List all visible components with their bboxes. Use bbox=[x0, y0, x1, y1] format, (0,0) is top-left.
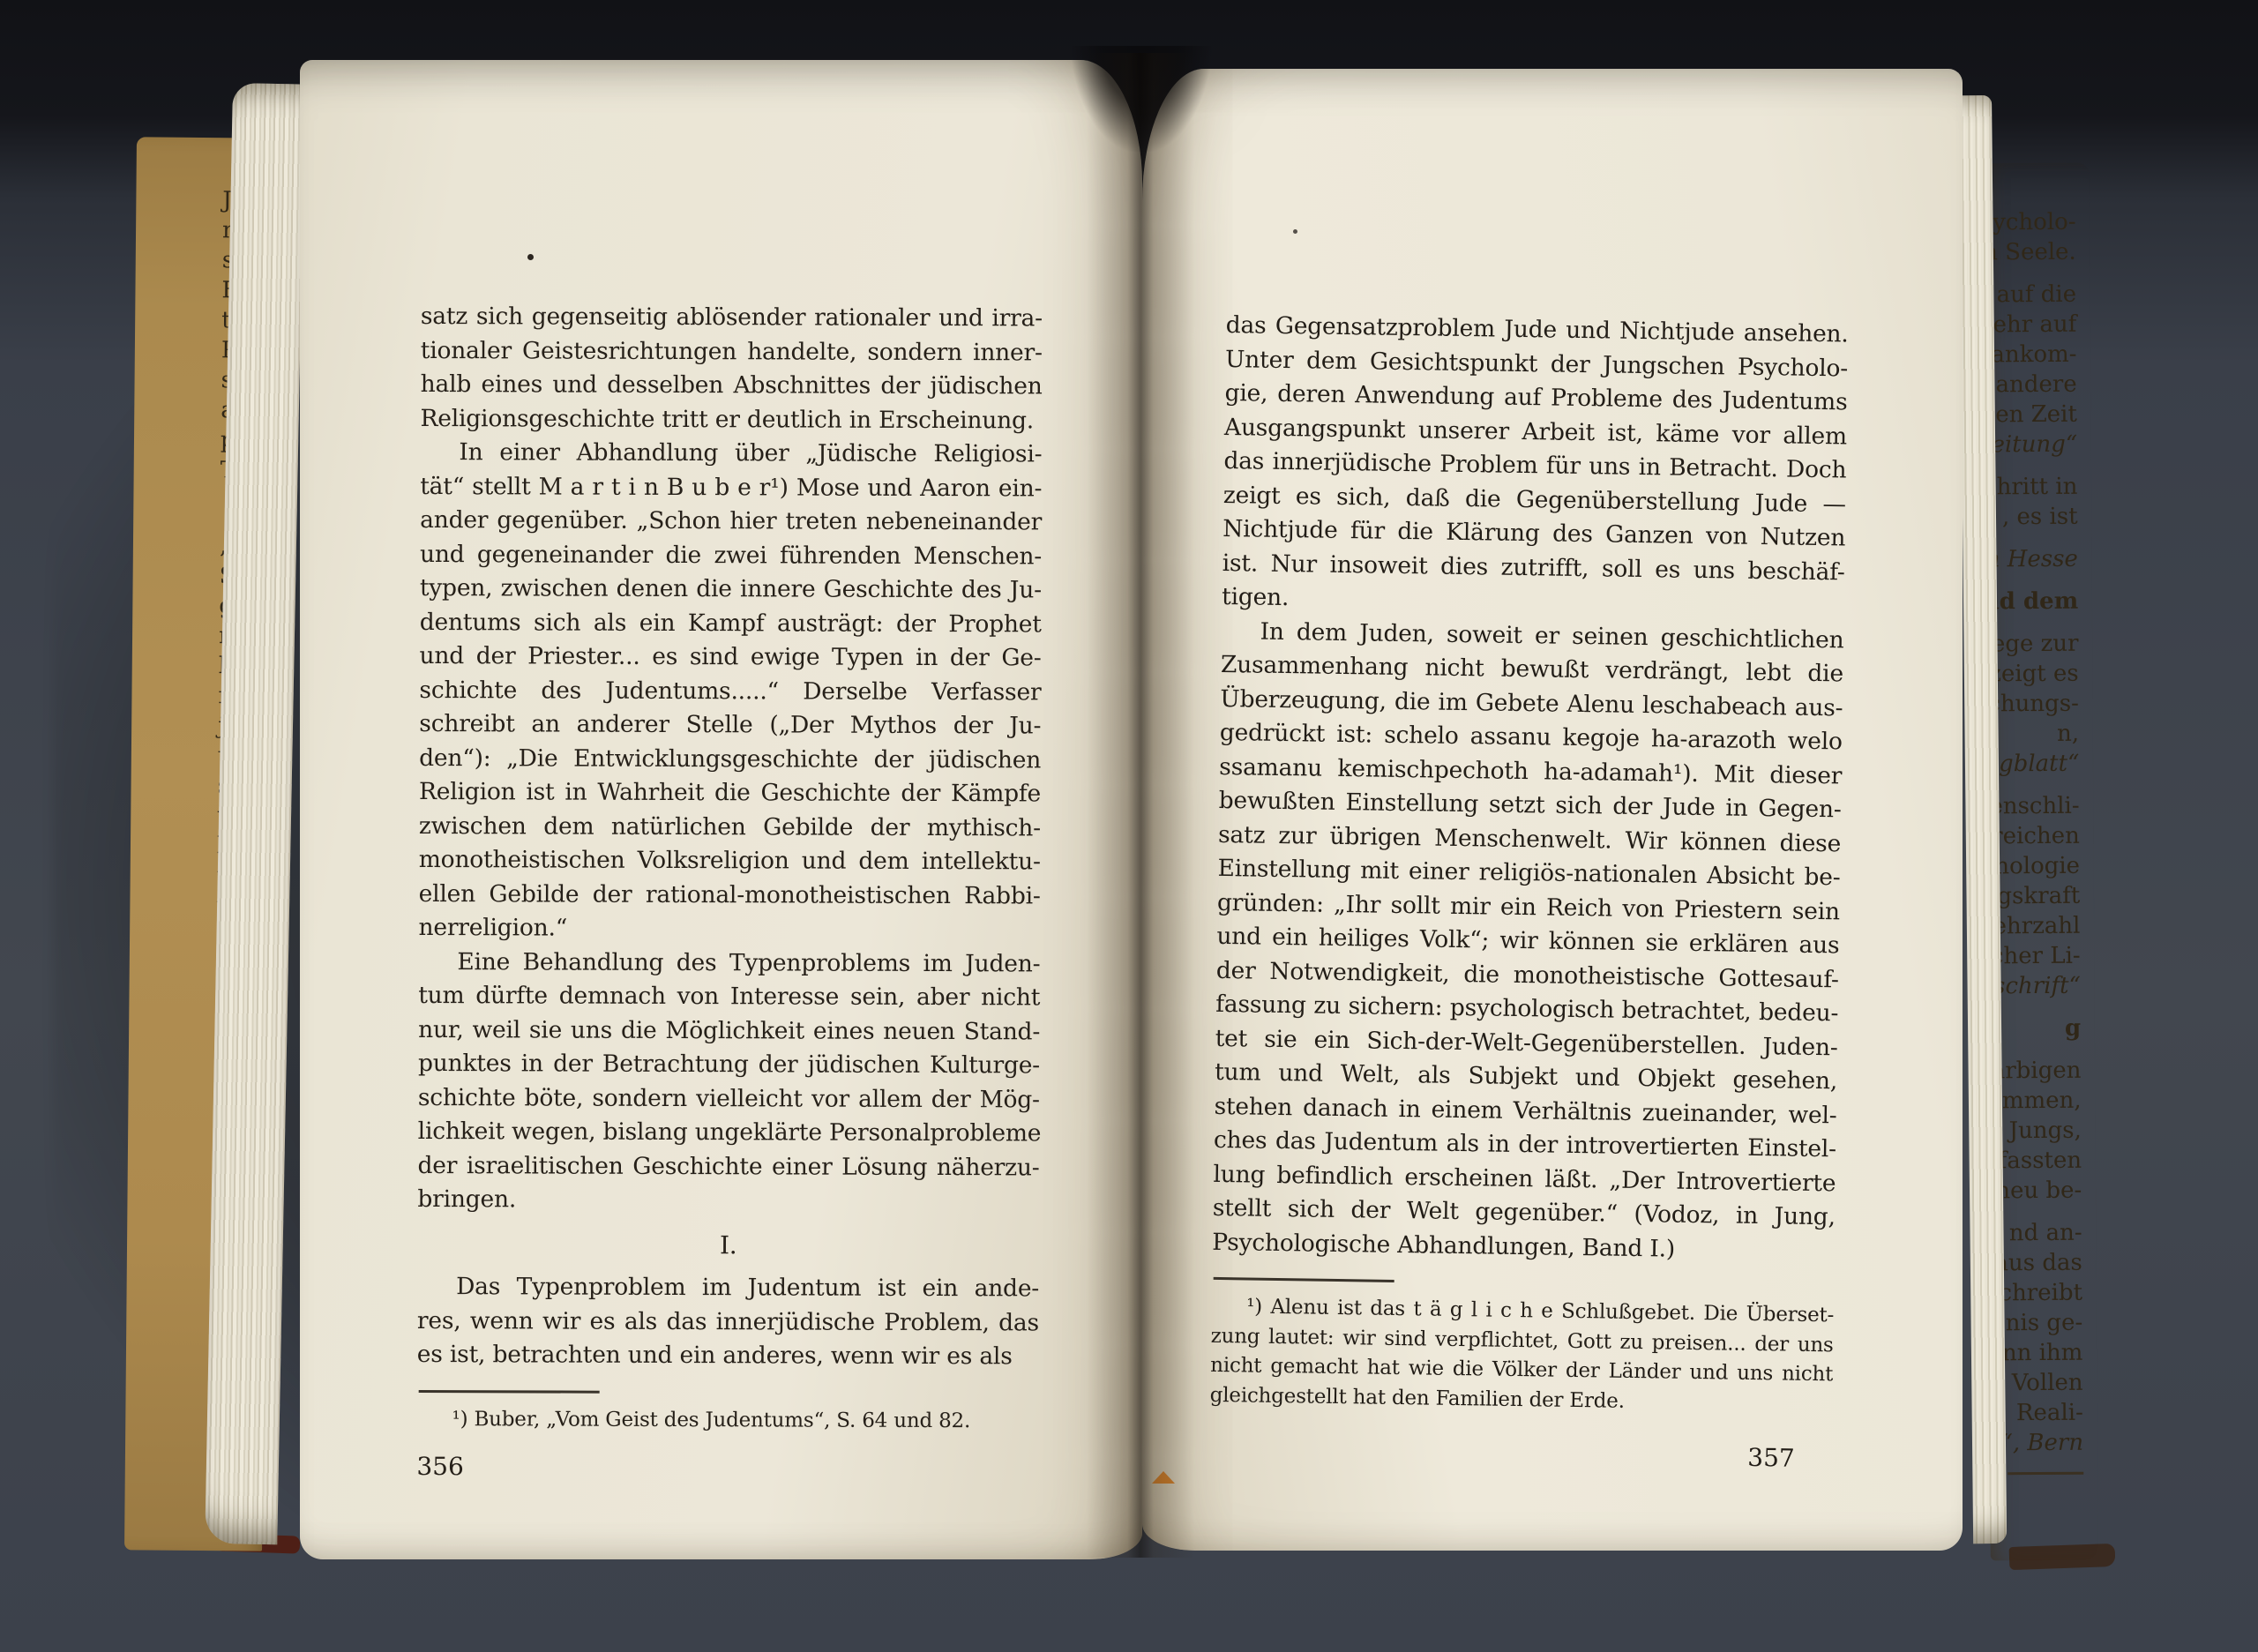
jacket-text-fragment: nis ge- bbox=[2006, 1310, 2083, 1337]
text-line: und gegeneinander die zwei führenden Men… bbox=[420, 537, 1042, 573]
text-line: zwischen dem natürlichen Gebilde der myt… bbox=[419, 809, 1041, 845]
jacket-text-fragment: aus das bbox=[1994, 1250, 2082, 1277]
right-page-text: das Gegensatzproblem Jude und Nichtjude … bbox=[1209, 309, 1849, 1473]
jacket-text-fragment: ehrzahl bbox=[1993, 913, 2081, 940]
text-line: es ist, betrachten und ein anderes, wenn… bbox=[417, 1338, 1039, 1374]
text-line: typen, zwischen denen die innere Geschic… bbox=[420, 572, 1042, 608]
text-line: und der Priester... es sind ewige Typen … bbox=[420, 639, 1042, 676]
jacket-text-fragment: nd an- bbox=[2009, 1220, 2082, 1247]
jacket-rule bbox=[2008, 1472, 2083, 1476]
jacket-text-fragment: n Seele. bbox=[1983, 239, 2076, 266]
jacket-text-fragment: eitung“ bbox=[1991, 431, 2077, 459]
text-line: nerreligion.“ bbox=[418, 911, 1040, 947]
text-line: Religionsgeschichte tritt er deutlich in… bbox=[420, 401, 1042, 437]
jacket-text-fragment: cher Li- bbox=[1991, 943, 2081, 970]
jacket-text-fragment: ammen, bbox=[1988, 1088, 2081, 1115]
footnote-rule bbox=[1214, 1277, 1394, 1282]
jacket-text-fragment: Jungs, bbox=[2009, 1118, 2082, 1145]
text-line: halb eines und desselben Abschnittes der… bbox=[421, 368, 1043, 404]
text-line: bringen. bbox=[417, 1183, 1039, 1219]
text-line: schichte böte, sondern vielleicht vor al… bbox=[418, 1080, 1040, 1117]
jacket-text-fragment: “, Bern bbox=[2000, 1430, 2083, 1457]
jacket-text-fragment: nn ihm bbox=[2002, 1340, 2083, 1367]
jacket-text-fragment: arbigen bbox=[1992, 1058, 2082, 1085]
text-line: den“): „Die Entwicklungsgeschichte der j… bbox=[419, 741, 1041, 777]
jacket-text-fragment: chritt in bbox=[1984, 474, 2077, 501]
text-line: satz sich gegenseitig ablösender rationa… bbox=[421, 300, 1043, 336]
text-line: Eine Behandlung des Typenproblems im Jud… bbox=[418, 945, 1040, 981]
jacket-text-fragment: neu be- bbox=[1995, 1177, 2082, 1205]
right-page-body: das Gegensatzproblem Jude und Nichtjude … bbox=[1209, 309, 1848, 1419]
text-line: tum dürfte demnach von Interesse sein, a… bbox=[418, 979, 1040, 1015]
jacket-text-fragment: ankom- bbox=[1991, 341, 2076, 369]
jacket-text-fragment: ehr auf bbox=[1993, 311, 2076, 339]
jacket-text-fragment: zeigt es bbox=[1989, 661, 2079, 688]
text-line: Das Typenproblem im Judentum ist ein and… bbox=[417, 1270, 1039, 1306]
jacket-text-fragment: n, bbox=[2057, 721, 2079, 747]
jacket-text-fragment: Vollen bbox=[2012, 1370, 2083, 1396]
jacket-text-fragment: enschli- bbox=[1989, 793, 2079, 820]
text-line: punktes in der Betrachtung der jüdischen… bbox=[418, 1047, 1040, 1083]
text-line: ellen Gebilde der rational-monotheistisc… bbox=[419, 877, 1041, 913]
photo-open-book: { "scene": { "background_color": "#3c414… bbox=[0, 0, 2258, 1652]
footnote-rule bbox=[419, 1389, 600, 1393]
left-page-body: satz sich gegenseitig ablösender rationa… bbox=[417, 300, 1043, 1436]
text-line: monotheistischen Volksreligion und dem i… bbox=[419, 843, 1041, 879]
text-line: nur, weil sie uns die Möglichkeit eines … bbox=[418, 1013, 1040, 1049]
footnote-line: ¹) Buber, „Vom Geist des Judentums“, S. … bbox=[417, 1404, 1039, 1436]
jacket-text-fragment: reichen bbox=[1992, 823, 2080, 850]
text-line: tionaler Geistesrichtungen handelte, son… bbox=[421, 333, 1043, 370]
jacket-text-fragment: gblatt“ bbox=[1999, 751, 2079, 778]
ink-speck bbox=[527, 254, 534, 260]
text-line: lichkeit wegen, bislang ungeklärte Perso… bbox=[418, 1115, 1040, 1151]
jacket-text-fragment: chungs- bbox=[1987, 691, 2079, 718]
jacket-text-fragment: chreibt bbox=[1999, 1280, 2082, 1307]
text-line: In einer Abhandlung über „Jüdische Relig… bbox=[420, 436, 1042, 472]
jacket-text-fragment: ege zur bbox=[1992, 631, 2079, 658]
ink-speck bbox=[1293, 229, 1297, 234]
jacket-text-fragment: gskraft bbox=[1997, 883, 2080, 910]
jacket-text-fragment: n Hesse bbox=[1985, 546, 2078, 573]
text-line: Religion ist in Wahrheit die Geschichte … bbox=[419, 775, 1041, 811]
jacket-text-fragment: , es ist bbox=[2002, 504, 2078, 531]
jacket-text-fragment: e andere bbox=[1982, 371, 2077, 399]
section-heading: I. bbox=[417, 1227, 1039, 1263]
page-number-left: 356 bbox=[416, 1452, 1038, 1483]
text-line: ander gegenüber. „Schon hier treten nebe… bbox=[420, 504, 1042, 540]
text-line: schichte des Judentums.....“ Derselbe Ve… bbox=[419, 673, 1041, 709]
jacket-text-fragment: schrift“ bbox=[1993, 973, 2081, 1000]
jacket-text-fragment: g bbox=[2065, 1015, 2081, 1042]
text-line: tät“ stellt M a r t i n B u b e r¹) Mose… bbox=[420, 469, 1042, 505]
jacket-text-fragment: sycholo- bbox=[1982, 209, 2075, 236]
text-line: res, wenn wir es als das innerjüdische P… bbox=[417, 1304, 1039, 1340]
text-line: dentums sich als ein Kampf austrägt: der… bbox=[420, 605, 1042, 641]
left-page-text: satz sich gegenseitig ablösender rationa… bbox=[416, 300, 1043, 1483]
open-book: JnsiEtrPscapT„Stgumberejetigsewilotywozu… bbox=[113, 46, 2108, 1598]
text-line: schreibt an anderer Stelle („Der Mythos … bbox=[419, 707, 1041, 744]
jacket-text-fragment: Reali- bbox=[2016, 1400, 2083, 1426]
jacket-text-fragment: auf die bbox=[1996, 281, 2076, 309]
jacket-text-fragment: gen Zeit bbox=[1982, 401, 2077, 429]
text-line: der israelitischen Geschichte einer Lösu… bbox=[418, 1148, 1040, 1185]
